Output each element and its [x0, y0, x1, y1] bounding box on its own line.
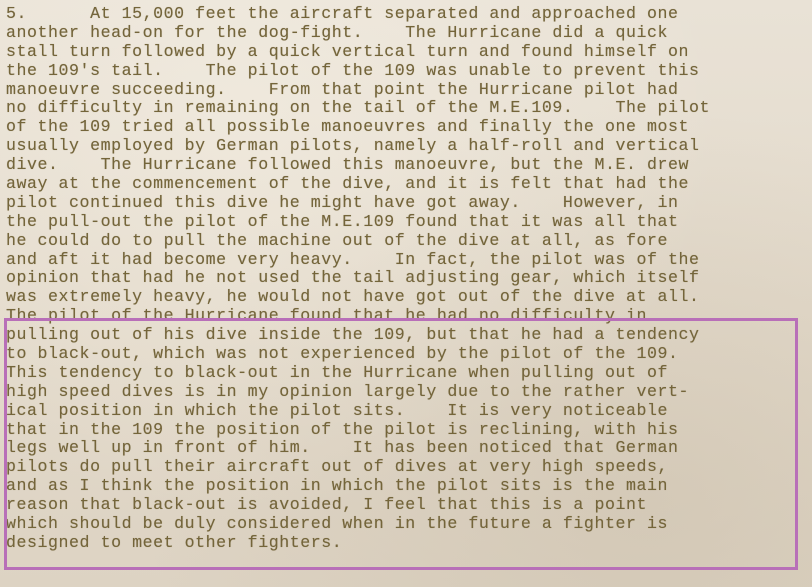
text-line: he could do to pull the machine out of t… [6, 232, 806, 251]
text-line: away at the commencement of the dive, an… [6, 175, 806, 194]
text-line: another head-on for the dog-fight. The H… [6, 24, 806, 43]
text-line: was extremely heavy, he would not have g… [6, 288, 806, 307]
text-line: dive. The Hurricane followed this manoeu… [6, 156, 806, 175]
text-line: the pull-out the pilot of the M.E.109 fo… [6, 213, 806, 232]
text-line: opinion that had he not used the tail ad… [6, 269, 806, 288]
text-line: manoeuvre succeeding. From that point th… [6, 81, 806, 100]
text-line: 5. At 15,000 feet the aircraft separated… [6, 5, 806, 24]
text-line: the 109's tail. The pilot of the 109 was… [6, 62, 806, 81]
text-line: stall turn followed by a quick vertical … [6, 43, 806, 62]
text-line: pilot continued this dive he might have … [6, 194, 806, 213]
highlight-selection-box[interactable] [4, 318, 798, 570]
text-line: no difficulty in remaining on the tail o… [6, 99, 806, 118]
text-line: of the 109 tried all possible manoeuvres… [6, 118, 806, 137]
text-line: and aft it had become very heavy. In fac… [6, 251, 806, 270]
typewritten-page: 5. At 15,000 feet the aircraft separated… [0, 0, 812, 587]
text-line: usually employed by German pilots, namel… [6, 137, 806, 156]
